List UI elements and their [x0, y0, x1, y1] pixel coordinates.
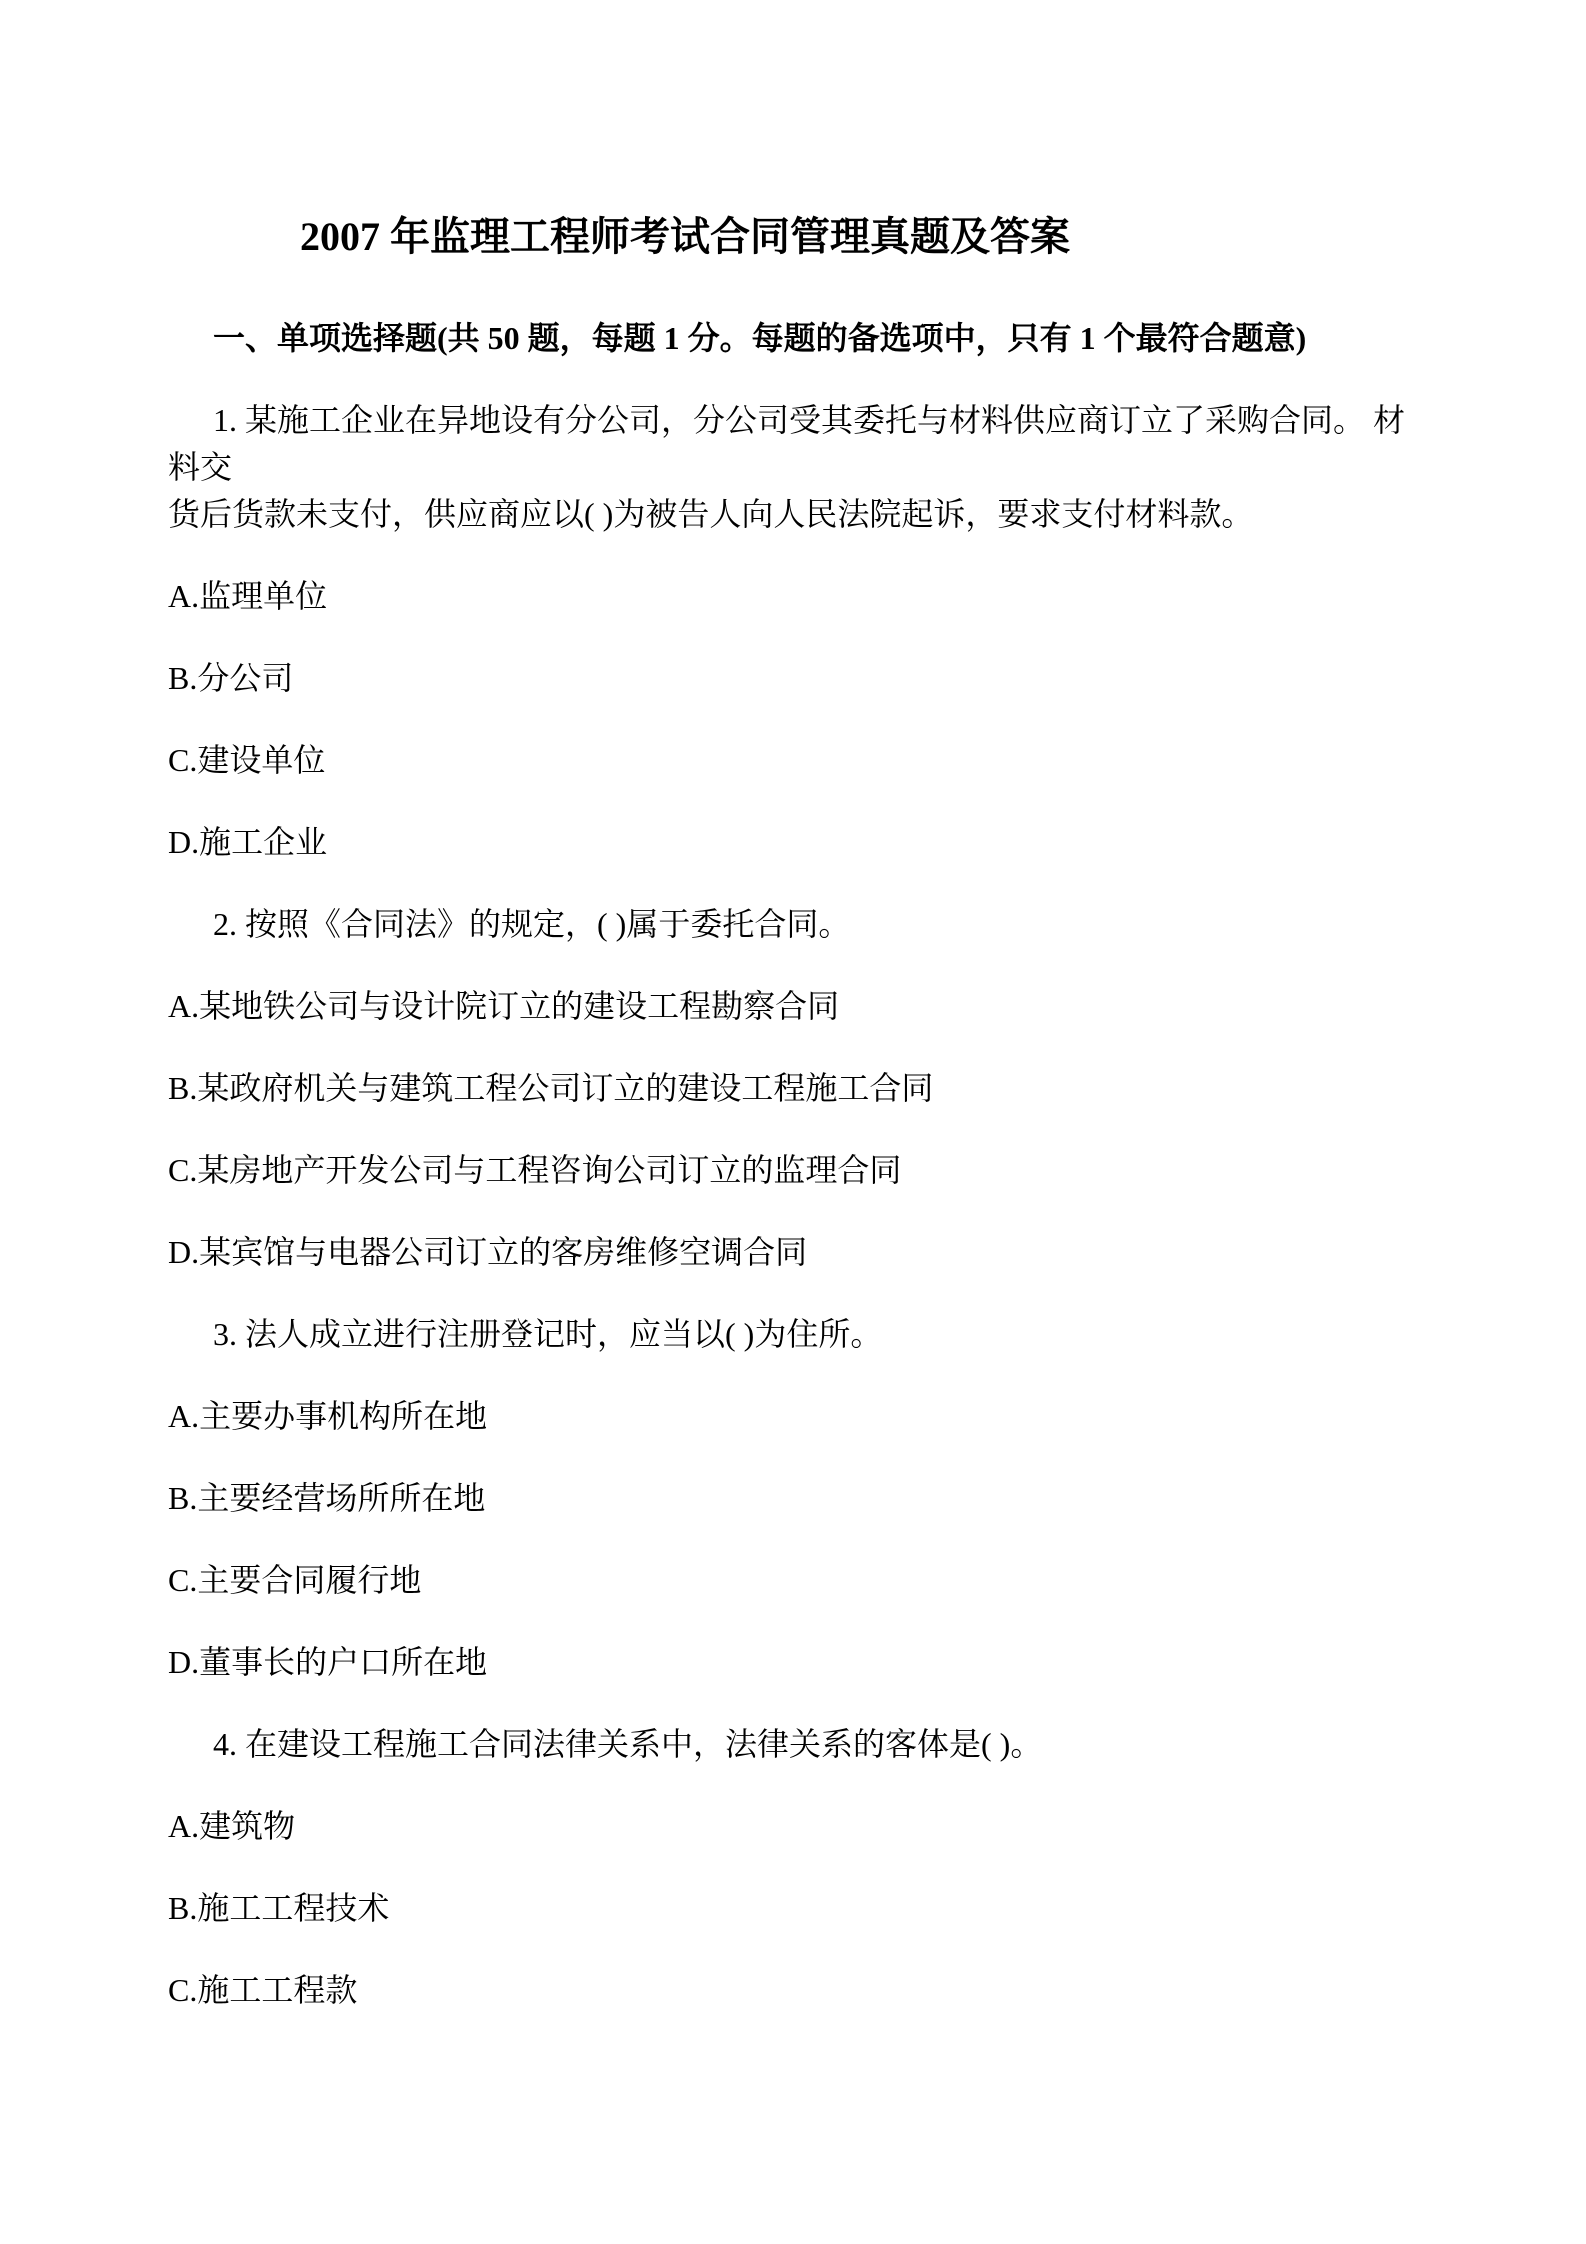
- question-1-stem-line-1: 1. 某施工企业在异地设有分公司，分公司受其委托与材料供应商订立了采购合同。 材…: [168, 397, 1418, 491]
- document-title: 2007 年监理工程师考试合同管理真题及答案: [168, 208, 1202, 266]
- question-1-option-d: D.施工企业: [168, 819, 1418, 866]
- question-2-stem-line-1: 2. 按照《合同法》的规定，( )属于委托合同。: [168, 901, 1418, 948]
- question-4-stem: 4. 在建设工程施工合同法律关系中，法律关系的客体是( )。: [168, 1721, 1418, 1768]
- question-3-stem: 3. 法人成立进行注册登记时，应当以( )为住所。: [168, 1311, 1418, 1358]
- document-page: 2007 年监理工程师考试合同管理真题及答案 一、单项选择题(共 50 题，每题…: [0, 0, 1586, 2244]
- question-1-stem-line-2: 货后货款未支付，供应商应以( )为被告人向人民法院起诉，要求支付材料款。: [168, 491, 1418, 538]
- question-4-option-b: B.施工工程技术: [168, 1885, 1418, 1932]
- question-3-option-a: A.主要办事机构所在地: [168, 1393, 1418, 1440]
- question-4-stem-line-1: 4. 在建设工程施工合同法律关系中，法律关系的客体是( )。: [168, 1721, 1418, 1768]
- question-4-option-c: C.施工工程款: [168, 1967, 1418, 2014]
- question-4-option-a: A.建筑物: [168, 1803, 1418, 1850]
- question-1-option-b: B.分公司: [168, 655, 1418, 702]
- question-2-option-d: D.某宾馆与电器公司订立的客房维修空调合同: [168, 1229, 1418, 1276]
- question-3-option-d: D.董事长的户口所在地: [168, 1639, 1418, 1686]
- question-3-stem-line-1: 3. 法人成立进行注册登记时，应当以( )为住所。: [168, 1311, 1418, 1358]
- question-3-option-c: C.主要合同履行地: [168, 1557, 1418, 1604]
- question-2-option-b: B.某政府机关与建筑工程公司订立的建设工程施工合同: [168, 1065, 1418, 1112]
- question-1-option-a: A.监理单位: [168, 573, 1418, 620]
- question-2-option-a: A.某地铁公司与设计院订立的建设工程勘察合同: [168, 983, 1418, 1030]
- question-2-stem: 2. 按照《合同法》的规定，( )属于委托合同。: [168, 901, 1418, 948]
- question-3-option-b: B.主要经营场所所在地: [168, 1475, 1418, 1522]
- question-1-option-c: C.建设单位: [168, 737, 1418, 784]
- question-2-option-c: C.某房地产开发公司与工程咨询公司订立的监理合同: [168, 1147, 1418, 1194]
- section-heading: 一、单项选择题(共 50 题，每题 1 分。每题的备选项中，只有 1 个最符合题…: [168, 315, 1418, 362]
- question-1-stem: 1. 某施工企业在异地设有分公司，分公司受其委托与材料供应商订立了采购合同。 材…: [168, 397, 1418, 538]
